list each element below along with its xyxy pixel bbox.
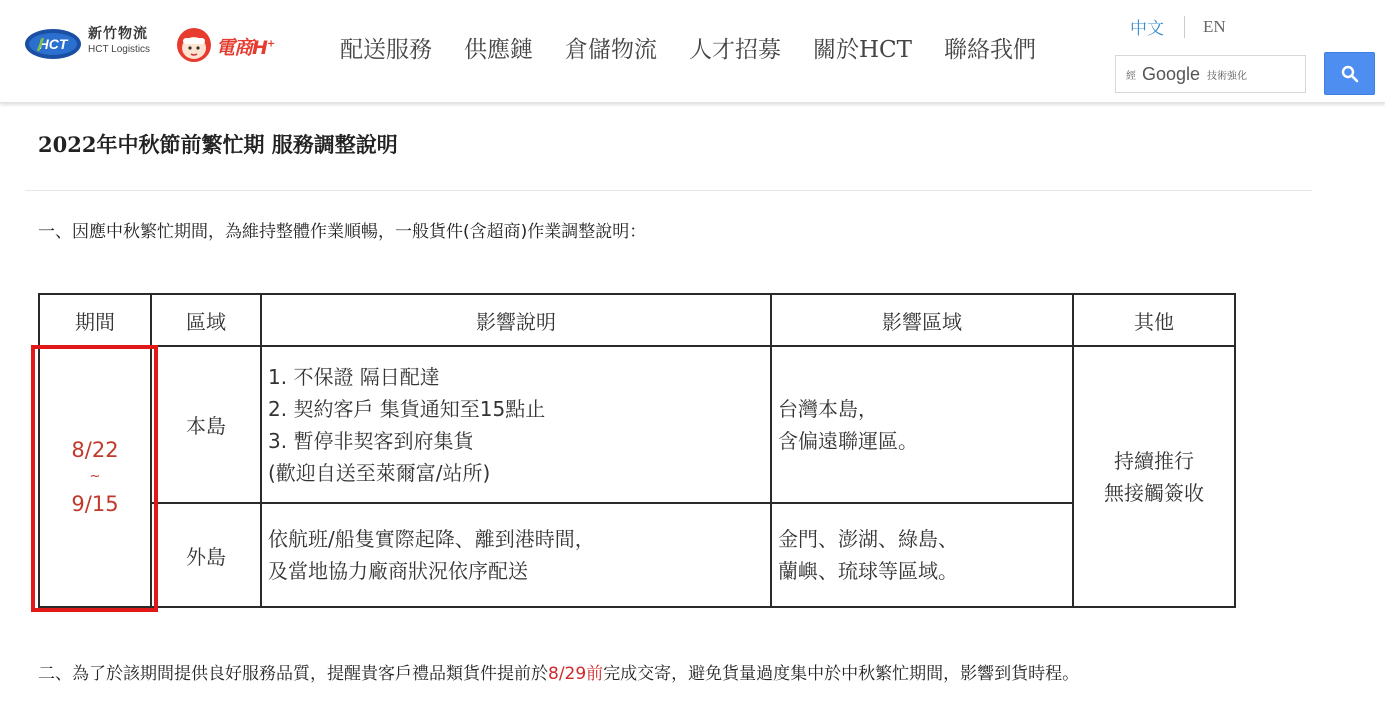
areas-cell: 台灣本島， 含偏遠聯運區。 [771,346,1073,503]
language-switcher: 中文 EN [1130,14,1226,39]
brand-zh: 新竹物流 [88,27,150,41]
impact-line: 1. 不保證 隔日配達 [268,361,770,393]
nav-supply-chain[interactable]: 供應鏈 [464,31,533,64]
other-line: 持續推行 [1074,445,1234,477]
lang-zh-link[interactable]: 中文 [1130,14,1164,39]
lang-en-link[interactable]: EN [1203,17,1226,37]
nav-contact-us[interactable]: 聯絡我們 [944,31,1036,64]
main-nav: 配送服務 供應鏈 倉儲物流 人才招募 關於HCT 聯絡我們 [340,31,1068,64]
impact-line: 2. 契約客戶 集貨通知至15點止 [268,393,770,425]
table-header-row: 期間 區域 影響說明 影響區域 其他 [39,294,1235,346]
header-period: 期間 [39,294,151,346]
service-adjustment-table: 期間 區域 影響說明 影響區域 其他 8/22 ~ 9/15 本島 1. 不保證… [38,293,1236,608]
header-other: 其他 [1073,294,1235,346]
impact-line: 及當地協力廠商狀況依序配送 [268,555,770,587]
areas-line: 金門、澎湖、綠島、 [778,523,1072,555]
nav-delivery-services[interactable]: 配送服務 [340,31,432,64]
header-areas: 影響區域 [771,294,1073,346]
notice-text-before: 二、為了於該期間提供良好服務品質，提醒貴客戶禮品類貨件提前於 [38,664,548,684]
notice-deadline: 8/29前 [548,664,603,684]
areas-line: 台灣本島， [778,393,1072,425]
nav-careers[interactable]: 人才招募 [689,31,781,64]
other-cell: 持續推行 無接觸簽收 [1073,346,1235,607]
impact-cell: 依航班/船隻實際起降、離到港時間， 及當地協力廠商狀況依序配送 [261,503,771,607]
search-branding-prefix: 經 [1126,67,1136,82]
brand-en: HCT Logistics [88,45,150,55]
helmet-mascot-icon [176,27,212,63]
lang-divider [1184,16,1185,38]
search-branding-google: Google [1142,64,1200,85]
hct-logo-text[interactable]: 新竹物流 HCT Logistics [88,27,150,55]
notice-text-after: 完成交寄，避免貨量過度集中於中秋繁忙期間，影響到貨時程。 [603,664,1079,684]
impact-line: 3. 暫停非契客到府集貨 [268,425,770,457]
areas-line: 含偏遠聯運區。 [778,425,1072,457]
table-row: 外島 依航班/船隻實際起降、離到港時間， 及當地協力廠商狀況依序配送 金門、澎湖… [39,503,1235,607]
region-cell: 本島 [151,346,261,503]
region-cell: 外島 [151,503,261,607]
areas-line: 蘭嶼、琉球等區域。 [778,555,1072,587]
table-row: 8/22 ~ 9/15 本島 1. 不保證 隔日配達 2. 契約客戶 集貨通知至… [39,346,1235,503]
nav-about-hct[interactable]: 關於HCT [813,31,912,64]
nav-warehouse-logistics[interactable]: 倉儲物流 [565,31,657,64]
search-branding-suffix: 技術強化 [1207,67,1247,82]
impact-cell: 1. 不保證 隔日配達 2. 契約客戶 集貨通知至15點止 3. 暫停非契客到府… [261,346,771,503]
search-icon [1341,65,1359,83]
search-input[interactable]: 經 Google 技術強化 [1115,55,1306,93]
section-1-intro: 一、因應中秋繁忙期間，為維持整體作業順暢，一般貨件(含超商)作業調整說明： [38,216,646,248]
eshop-brand: 電商H+ [216,33,274,60]
section-2-notice: 二、為了於該期間提供良好服務品質，提醒貴客戶禮品類貨件提前於8/29前完成交寄，… [38,658,1308,690]
header-impact: 影響說明 [261,294,771,346]
eshop-logo[interactable]: 電商H+ [176,27,286,63]
search-button[interactable] [1324,52,1375,95]
page-title: 2022年中秋節前繁忙期 服務調整說明 [38,129,398,159]
areas-cell: 金門、澎湖、綠島、 蘭嶼、琉球等區域。 [771,503,1073,607]
header-region: 區域 [151,294,261,346]
site-header: HCT 新竹物流 HCT Logistics 電商H+ 配送服務 供應鏈 倉儲物… [0,0,1385,103]
impact-line: (歡迎自送至萊爾富/站所) [268,457,770,489]
period-highlight-box [31,345,158,612]
impact-line: 依航班/船隻實際起降、離到港時間， [268,523,770,555]
other-line: 無接觸簽收 [1074,477,1234,509]
hct-logo-icon[interactable]: HCT [24,27,82,61]
title-divider [25,190,1312,191]
